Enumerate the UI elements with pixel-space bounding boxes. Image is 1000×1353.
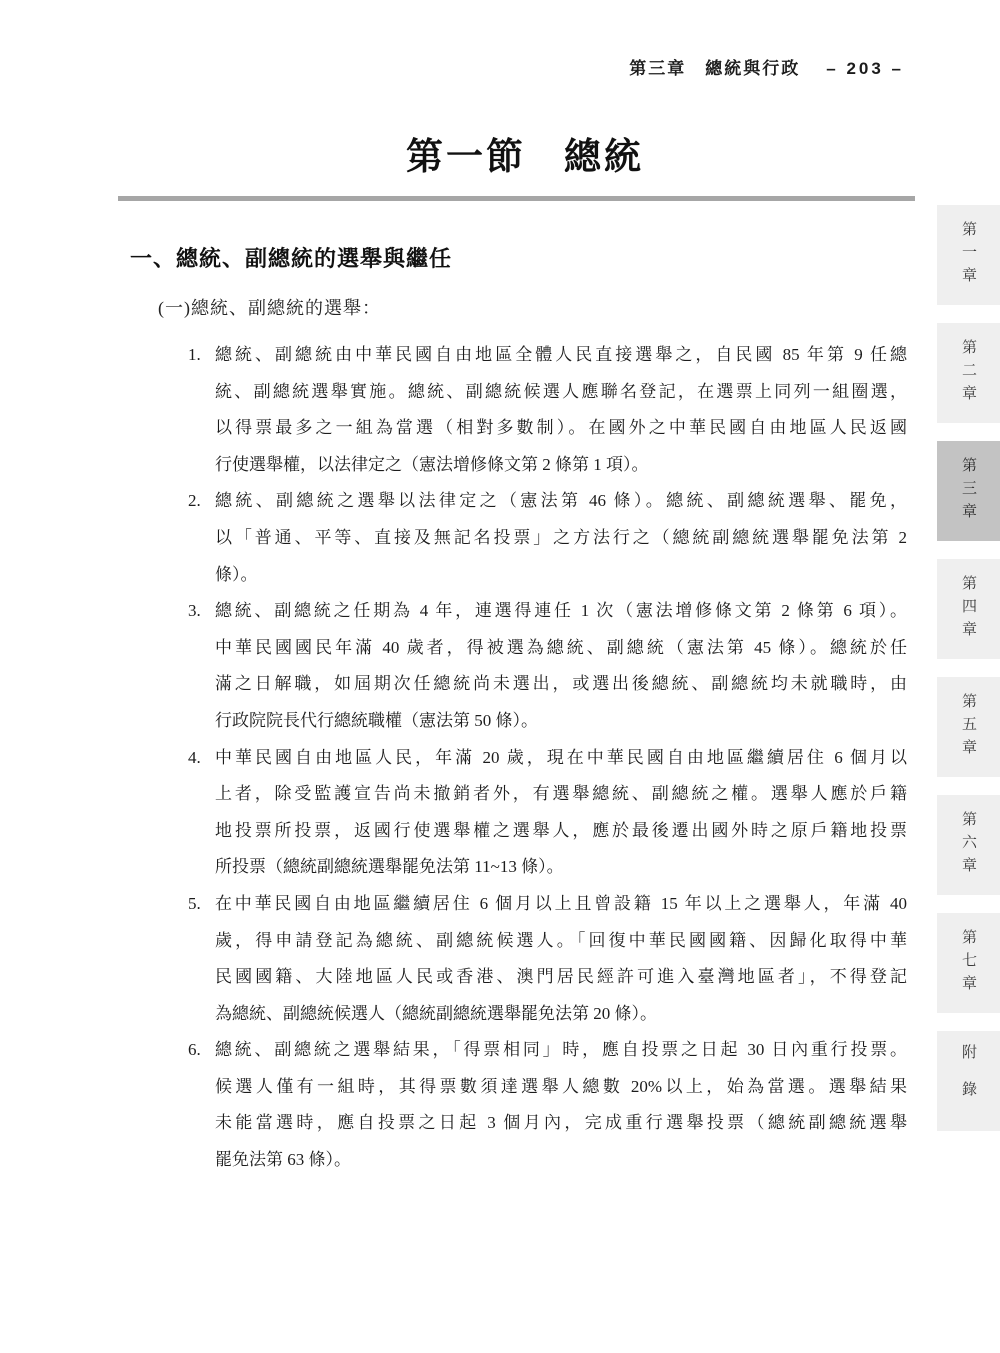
text-line: 以得票最多之一組為當選（相對多數制）。在國外之中華民國自由地區人民返國 — [215, 410, 907, 447]
list-item: 2. 總統、副總統之選舉以法律定之（憲法第 46 條）。總統、副總統選舉、罷免，… — [188, 483, 907, 593]
item-text: 總統、副總統之選舉結果，「得票相同」時，應自投票之日起 30 日內重行投票。 候… — [215, 1032, 907, 1178]
topic-heading: 一、總統、副總統的選舉與繼任 — [130, 242, 452, 273]
list-item: 3. 總統、副總統之任期為 4 年，連選得連任 1 次（憲法增修條文第 2 條第… — [188, 593, 907, 739]
running-title: 第三章 總統與行政 — [629, 59, 800, 78]
item-number: 1. — [188, 337, 215, 483]
title-divider — [118, 196, 915, 201]
section-title-label: 第一節 — [406, 136, 526, 177]
text-line: 候選人僅有一組時，其得票數須達選舉人總數 20%以上，始為當選。選舉結果 — [215, 1069, 907, 1106]
list-item: 4. 中華民國自由地區人民，年滿 20 歲，現在中華民國自由地區繼續居住 6 個… — [188, 740, 907, 886]
item-number: 2. — [188, 483, 215, 593]
item-text: 總統、副總統之任期為 4 年，連選得連任 1 次（憲法增修條文第 2 條第 6 … — [215, 593, 907, 739]
text-line: 未能當選時，應自投票之日起 3 個月內，完成重行選舉投票（總統副總統選舉 — [215, 1105, 907, 1142]
text-line: 總統、副總統之任期為 4 年，連選得連任 1 次（憲法增修條文第 2 條第 6 … — [215, 593, 907, 630]
text-line: 行使選舉權，以法律定之（憲法增修條文第 2 條第 1 項）。 — [215, 447, 907, 484]
item-text: 中華民國自由地區人民，年滿 20 歲，現在中華民國自由地區繼續居住 6 個月以 … — [215, 740, 907, 886]
text-line: 地投票所投票，返國行使選舉權之選舉人，應於最後遷出國外時之原戶籍地投票 — [215, 813, 907, 850]
text-line: 為總統、副總統候選人（總統副總統選舉罷免法第 20 條）。 — [215, 996, 907, 1033]
section-title: 第一節總統 — [50, 126, 1000, 180]
text-line: 中華民國自由地區人民，年滿 20 歲，現在中華民國自由地區繼續居住 6 個月以 — [215, 740, 907, 777]
tab-chapter-3-active: 第三章 — [937, 441, 1000, 541]
list-item: 1. 總統、副總統由中華民國自由地區全體人民直接選舉之，自民國 85 年第 9 … — [188, 337, 907, 483]
item-text: 總統、副總統由中華民國自由地區全體人民直接選舉之，自民國 85 年第 9 任總 … — [215, 337, 907, 483]
text-line: 以「普通、平等、直接及無記名投票」之方法行之（總統副總統選舉罷免法第 2 — [215, 520, 907, 557]
text-line: 所投票（總統副總統選舉罷免法第 11~13 條）。 — [215, 849, 907, 886]
text-line: 條）。 — [215, 557, 907, 594]
text-line: 滿之日解職，如屆期次任總統尚未選出，或選出後總統、副總統均未就職時，由 — [215, 666, 907, 703]
page-number: – 203 – — [826, 59, 904, 78]
tab-chapter-7: 第七章 — [937, 913, 1000, 1013]
text-line: 總統、副總統之選舉以法律定之（憲法第 46 條）。總統、副總統選舉、罷免， — [215, 483, 907, 520]
text-line: 在中華民國自由地區繼續居住 6 個月以上且曾設籍 15 年以上之選舉人，年滿 4… — [215, 886, 907, 923]
text-line: 民國國籍、大陸地區人民或香港、澳門居民經許可進入臺灣地區者」，不得登記 — [215, 959, 907, 996]
book-page: 第三章 總統與行政– 203 – 第一節總統 一、總統、副總統的選舉與繼任 (一… — [0, 0, 1000, 1353]
text-line: 罷免法第 63 條）。 — [215, 1142, 907, 1179]
tab-chapter-1: 第一章 — [937, 205, 1000, 305]
sub-heading: (一)總統、副總統的選舉： — [158, 294, 381, 320]
tab-chapter-4: 第四章 — [937, 559, 1000, 659]
text-line: 統、副總統選舉實施。總統、副總統候選人應聯名登記，在選票上同列一組圈選， — [215, 374, 907, 411]
running-header: 第三章 總統與行政– 203 – — [629, 54, 904, 79]
text-line: 行政院院長代行總統職權（憲法第 50 條）。 — [215, 703, 907, 740]
text-line: 歲，得申請登記為總統、副總統候選人。「回復中華民國國籍、因歸化取得中華 — [215, 923, 907, 960]
numbered-list: 1. 總統、副總統由中華民國自由地區全體人民直接選舉之，自民國 85 年第 9 … — [188, 337, 907, 1179]
item-number: 5. — [188, 886, 215, 1032]
text-line: 上者，除受監護宣告尚未撤銷者外，有選舉總統、副總統之權。選舉人應於戶籍 — [215, 776, 907, 813]
item-number: 4. — [188, 740, 215, 886]
section-title-name: 總統 — [564, 136, 644, 177]
list-item: 6. 總統、副總統之選舉結果，「得票相同」時，應自投票之日起 30 日內重行投票… — [188, 1032, 907, 1178]
tab-appendix: 附錄 — [937, 1031, 1000, 1131]
item-number: 6. — [188, 1032, 215, 1178]
item-text: 總統、副總統之選舉以法律定之（憲法第 46 條）。總統、副總統選舉、罷免， 以「… — [215, 483, 907, 593]
text-line: 中華民國國民年滿 40 歲者，得被選為總統、副總統（憲法第 45 條）。總統於任 — [215, 630, 907, 667]
tab-chapter-2: 第二章 — [937, 323, 1000, 423]
item-text: 在中華民國自由地區繼續居住 6 個月以上且曾設籍 15 年以上之選舉人，年滿 4… — [215, 886, 907, 1032]
tab-chapter-5: 第五章 — [937, 677, 1000, 777]
chapter-thumb-index: 第一章 第二章 第三章 第四章 第五章 第六章 第七章 附錄 — [937, 205, 1000, 1149]
text-line: 總統、副總統之選舉結果，「得票相同」時，應自投票之日起 30 日內重行投票。 — [215, 1032, 907, 1069]
text-line: 總統、副總統由中華民國自由地區全體人民直接選舉之，自民國 85 年第 9 任總 — [215, 337, 907, 374]
list-item: 5. 在中華民國自由地區繼續居住 6 個月以上且曾設籍 15 年以上之選舉人，年… — [188, 886, 907, 1032]
tab-chapter-6: 第六章 — [937, 795, 1000, 895]
item-number: 3. — [188, 593, 215, 739]
